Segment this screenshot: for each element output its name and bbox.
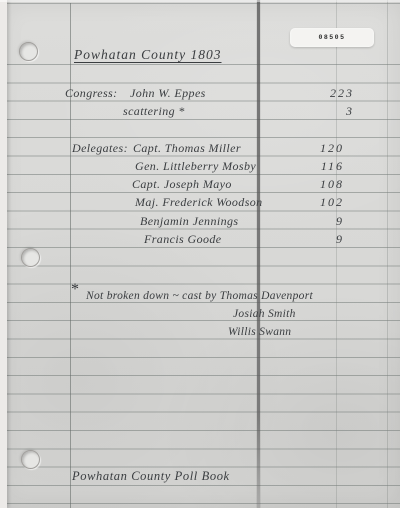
- page-left-edge: [0, 0, 7, 508]
- vote-count: 120: [320, 141, 344, 156]
- vote-count: 223: [330, 86, 354, 101]
- candidate-name: scattering *: [123, 104, 185, 119]
- center-fold-line: [257, 0, 260, 508]
- candidate-name: Maj. Frederick Woodson: [135, 195, 263, 210]
- candidate-name: Gen. Littleberry Mosby: [135, 159, 256, 174]
- vote-count: 102: [320, 195, 344, 210]
- notebook-page: 08505 Powhatan County 1803 Congress: Joh…: [0, 0, 400, 508]
- congress-row: scattering * 3: [0, 103, 400, 120]
- footnote-row: Not broken down ~ cast by Thomas Davenpo…: [0, 286, 400, 303]
- vote-count: 108: [320, 177, 344, 192]
- faint-column-line: [336, 0, 337, 508]
- margin-line: [70, 3, 71, 508]
- congress-row: Congress: John W. Eppes 223: [0, 85, 400, 102]
- congress-label: Congress:: [65, 86, 118, 101]
- delegates-row: Capt. Joseph Mayo 108: [0, 176, 400, 193]
- candidate-name: John W. Eppes: [130, 86, 206, 101]
- page-title-row: Powhatan County 1803: [0, 47, 400, 64]
- voter-name: Willis Swann: [228, 326, 291, 338]
- delegates-row: Maj. Frederick Woodson 102: [0, 194, 400, 211]
- punch-hole-middle: [21, 248, 40, 267]
- archive-label: 08505: [290, 28, 374, 47]
- vote-count: 3: [346, 104, 354, 119]
- candidate-name: Benjamin Jennings: [140, 214, 238, 229]
- footnote-name-row: Willis Swann: [0, 322, 400, 339]
- footnote-text: Not broken down ~ cast by Thomas Davenpo…: [86, 290, 313, 302]
- vote-count: 9: [336, 232, 344, 247]
- archive-number: 08505: [318, 34, 345, 41]
- delegates-row: Benjamin Jennings 9: [0, 213, 400, 230]
- footer-row: Powhatan County Poll Book: [0, 468, 400, 485]
- faint-column-line: [387, 0, 388, 508]
- top-rule-line: [0, 3, 400, 4]
- page-top-edge: [0, 0, 400, 2]
- voter-name: Josiah Smith: [233, 308, 296, 320]
- delegates-label: Delegates:: [72, 141, 128, 156]
- candidate-name: Capt. Joseph Mayo: [132, 177, 232, 192]
- page-title: Powhatan County 1803: [74, 47, 222, 63]
- delegates-row: Gen. Littleberry Mosby 116: [0, 158, 400, 175]
- vote-count: 116: [321, 159, 344, 174]
- delegates-row: Delegates: Capt. Thomas Miller 120: [0, 140, 400, 157]
- footnote-name-row: Josiah Smith: [0, 304, 400, 321]
- vote-count: 9: [336, 214, 344, 229]
- delegates-row: Francis Goode 9: [0, 231, 400, 248]
- punch-hole-bottom: [21, 450, 40, 469]
- footer-title: Powhatan County Poll Book: [72, 469, 230, 484]
- candidate-name: Capt. Thomas Miller: [133, 141, 241, 156]
- candidate-name: Francis Goode: [144, 232, 222, 247]
